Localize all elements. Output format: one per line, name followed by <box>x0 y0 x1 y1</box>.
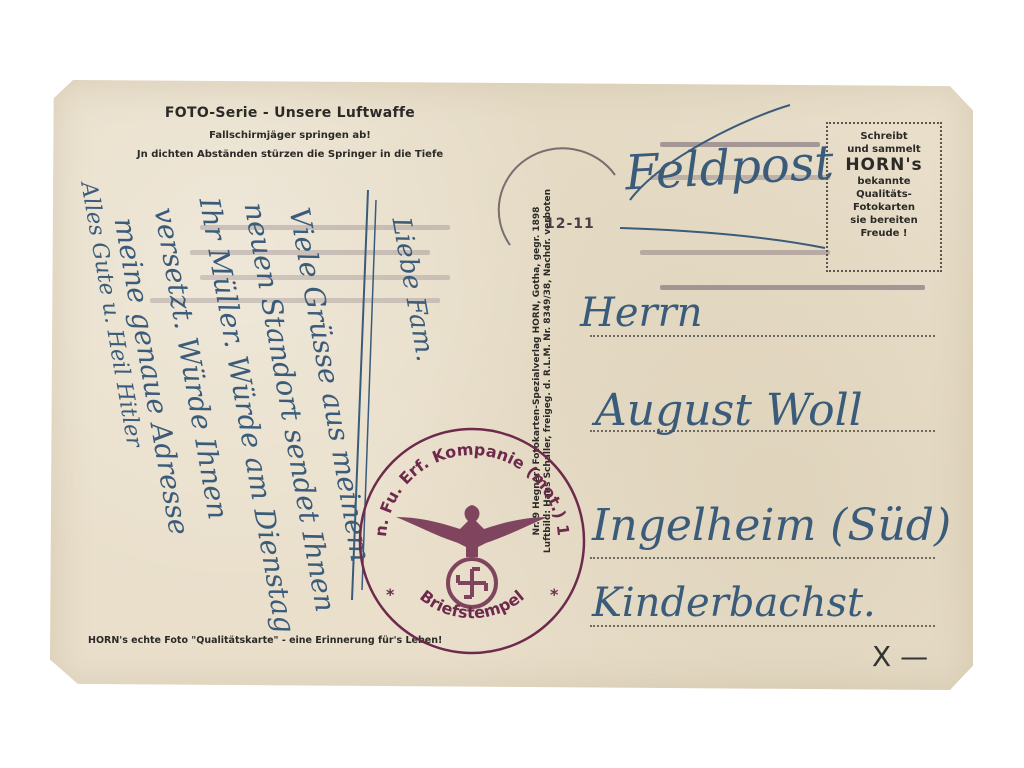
address-city: Ingelheim (Süd) <box>592 500 951 551</box>
advert-line: sie bereiten <box>828 214 940 227</box>
stamp-star: * <box>386 585 395 604</box>
advert-line: Qualitäts- <box>828 188 940 201</box>
stamp-box-advert: Schreibt und sammelt HORN's bekannte Qua… <box>826 122 942 272</box>
stamp-graphic: Ln. Fu. Erf. Kompanie (mot.) 17 Briefste… <box>356 425 588 657</box>
advert-line: Freude ! <box>828 227 940 240</box>
stamp-star: * <box>550 585 559 604</box>
pencil-mark: X — <box>872 640 928 673</box>
field-post-stamp: Ln. Fu. Erf. Kompanie (mot.) 17 Briefste… <box>356 425 588 657</box>
eagle-icon <box>396 505 548 607</box>
address-name: August Woll <box>595 385 863 436</box>
advert-brand: HORN's <box>828 156 940 175</box>
postcard-photo: 12-11 FOTO-Serie - Unsere Luftwaffe Fall… <box>0 0 1024 768</box>
stamp-top-text: Ln. Fu. Erf. Kompanie (mot.) 17 <box>356 425 573 538</box>
address-line <box>590 557 935 559</box>
photo-caption: Jn dichten Abständen stürzen die Springe… <box>125 148 455 161</box>
advert-line: bekannte <box>828 175 940 188</box>
advert-line: Fotokarten <box>828 201 940 214</box>
photo-subtitle: Fallschirmjäger springen ab! <box>140 130 440 141</box>
advert-line: Schreibt <box>828 130 940 143</box>
postmark-ring <box>495 135 635 265</box>
address-salutation: Herrn <box>580 290 703 336</box>
feldpost-underline <box>620 100 830 260</box>
series-title: FOTO-Serie - Unsere Luftwaffe <box>140 105 440 121</box>
address-street: Kinderbachst. <box>592 580 876 626</box>
